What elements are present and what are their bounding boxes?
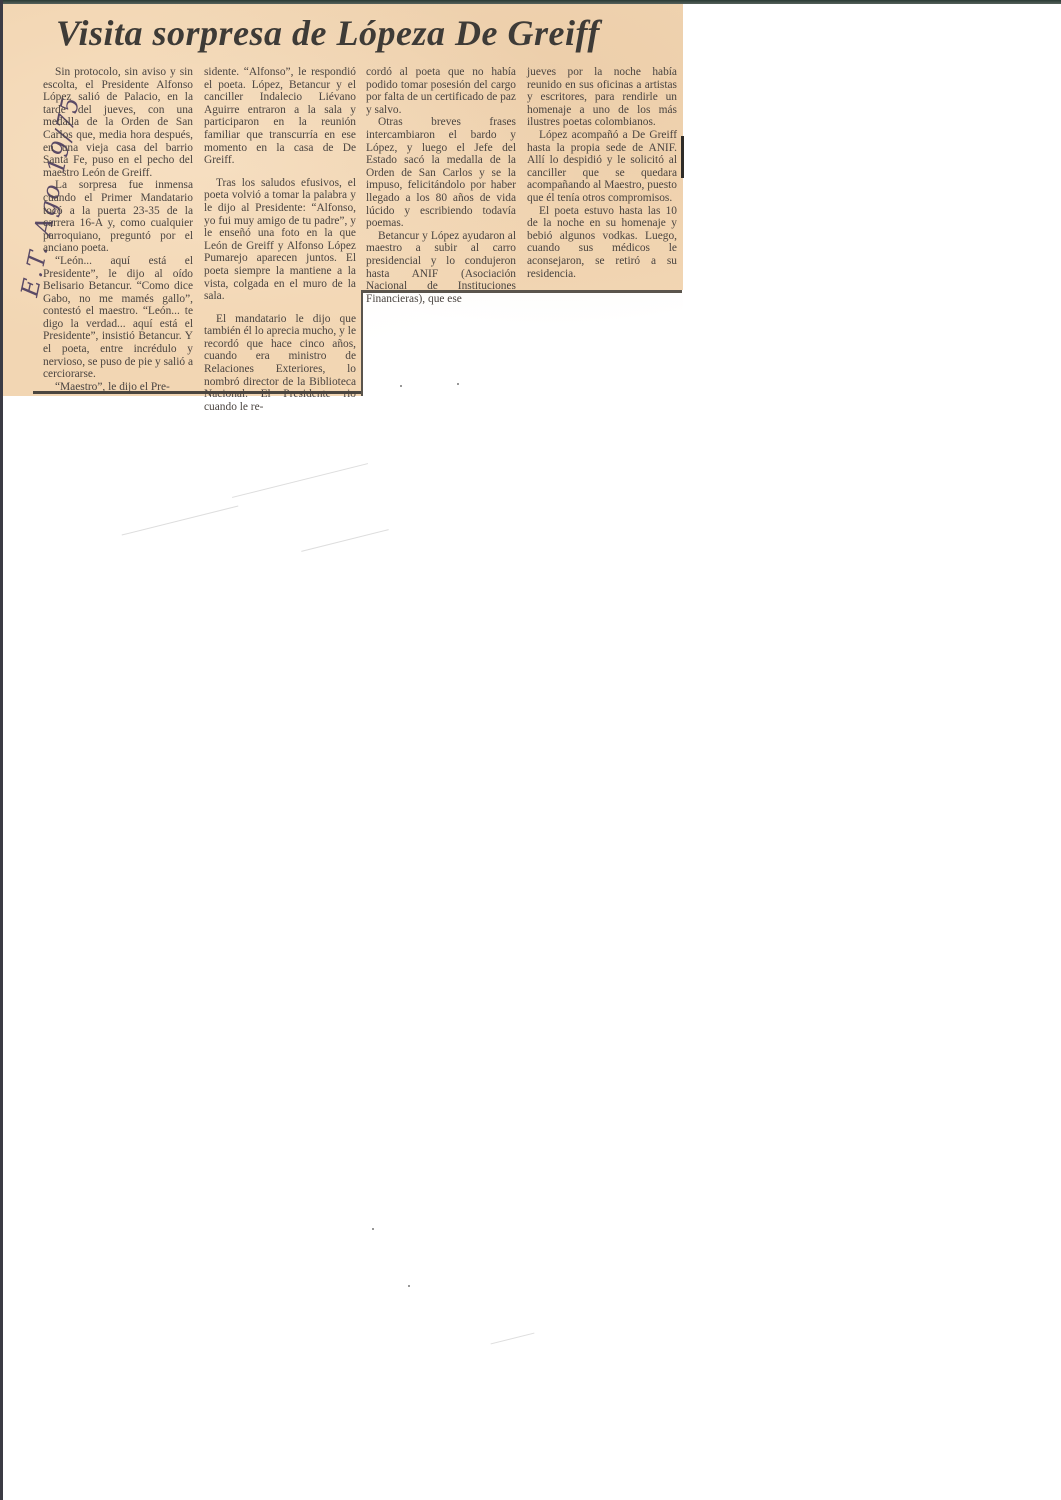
- paragraph: sidente. “Alfonso”, le respondió el poet…: [204, 66, 356, 167]
- article-column-1: Sin protocolo, sin aviso y sin escolta, …: [43, 66, 193, 393]
- paragraph: “Maestro”, le dijo el Pre-: [43, 381, 193, 394]
- scan-smudge: [301, 529, 389, 552]
- clipping-edge-mark: [681, 136, 684, 178]
- scan-speck: [457, 383, 459, 385]
- paragraph: cordó al poeta que no había podido tomar…: [366, 66, 516, 116]
- paragraph: La sorpresa fue inmensa cuando el Primer…: [43, 179, 193, 255]
- paragraph: “León... aquí está el Presidente”, le di…: [43, 255, 193, 381]
- scan-speck: [400, 385, 402, 387]
- paragraph: López acompañó a De Greiff hasta la prop…: [527, 129, 677, 205]
- paragraph: jueves por la noche había reunido en sus…: [527, 66, 677, 129]
- scan-speck: [408, 1285, 410, 1287]
- paragraph: Otras breves frases intercambiaron el ba…: [366, 116, 516, 229]
- scan-smudge: [232, 463, 368, 498]
- paragraph: Sin protocolo, sin aviso y sin escolta, …: [43, 66, 193, 179]
- scan-smudge: [491, 1333, 535, 1345]
- paragraph: El poeta estuvo hasta las 10 de la noche…: [527, 205, 677, 281]
- article-column-2: sidente. “Alfonso”, le respondió el poet…: [204, 66, 356, 413]
- paragraph: El mandatario le dijo que también él lo …: [204, 313, 356, 414]
- column-rule-vertical: [361, 290, 363, 396]
- paragraph: Betancur y López ayudaron al maestro a s…: [366, 230, 516, 306]
- scan-smudge: [122, 505, 239, 535]
- scan-speck: [372, 1228, 374, 1230]
- article-column-4: jueves por la noche había reunido en sus…: [527, 66, 677, 280]
- article-headline: Visita sorpresa de Lópeza De Greiff: [56, 12, 600, 54]
- article-column-3: cordó al poeta que no había podido tomar…: [366, 66, 516, 305]
- paragraph: Tras los saludos efusivos, el poeta volv…: [204, 177, 356, 303]
